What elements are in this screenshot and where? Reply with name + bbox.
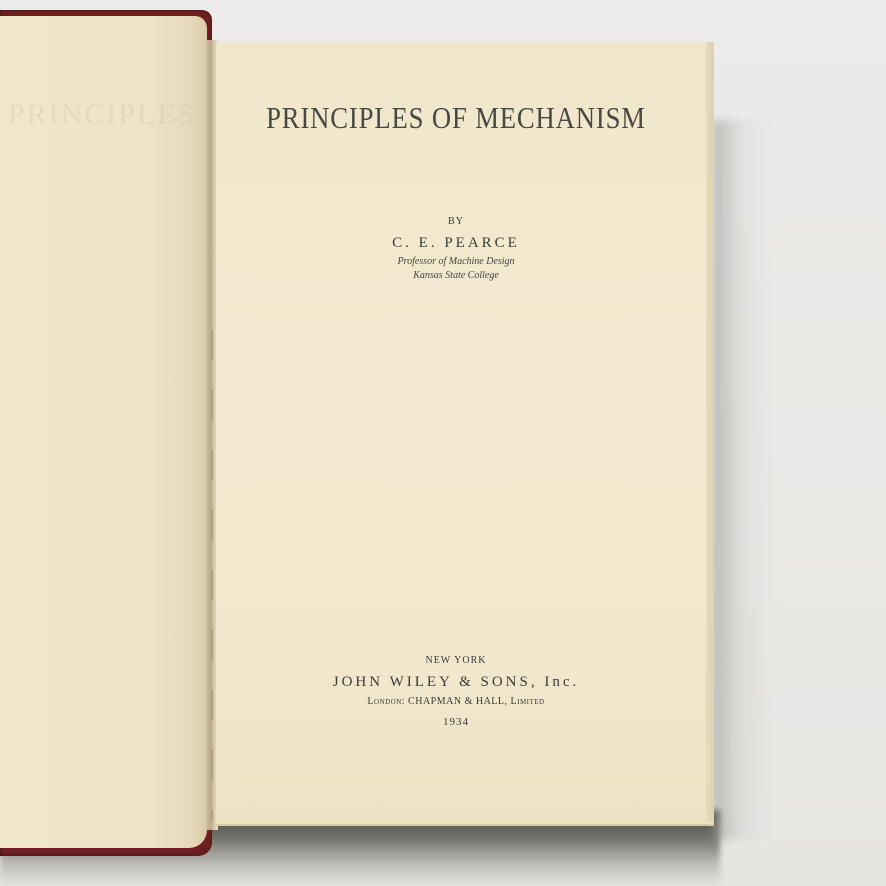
left-page: PRINCIPLES (0, 16, 207, 848)
publication-year: 1934 (216, 716, 696, 728)
book-title: PRINCIPLES OF MECHANISM (250, 100, 663, 136)
page-edge-shadow (712, 120, 772, 840)
publisher-city: NEW YORK (216, 655, 696, 666)
author-affiliation-title: Professor of Machine Design (216, 256, 696, 267)
author-name: C. E. PEARCE (216, 235, 696, 252)
binding-thread (211, 330, 213, 820)
left-page-show-through-text: PRINCIPLES (8, 98, 196, 132)
photo-scene: PRINCIPLES PRINCIPLES OF MECHANISM BY C.… (0, 0, 886, 886)
page-fore-edge (706, 42, 714, 822)
co-publisher-line: London: CHAPMAN & HALL, Limited (216, 696, 696, 707)
publisher-name: JOHN WILEY & SONS, Inc. (216, 674, 696, 691)
by-label: BY (216, 216, 696, 227)
author-affiliation-institution: Kansas State College (216, 270, 696, 281)
title-page (216, 42, 713, 825)
